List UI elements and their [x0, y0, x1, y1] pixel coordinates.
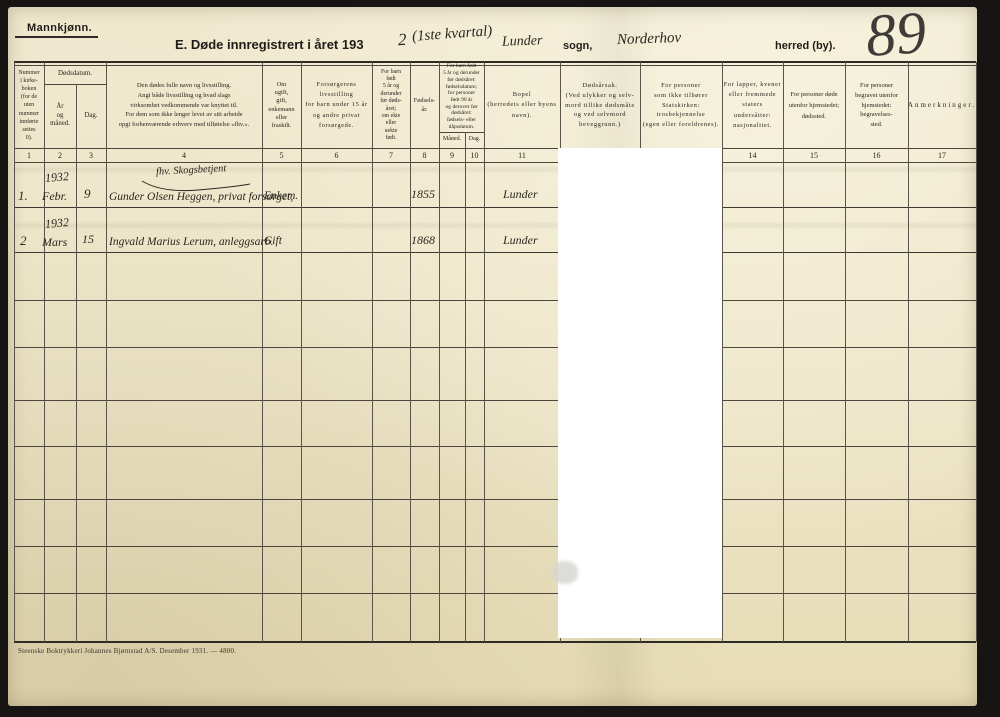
header-col5-sivilstand: Om ugift, gift, enkemann eller fraskilt. — [263, 64, 300, 147]
row1-month: Febr. — [42, 189, 67, 204]
herred-value-handwritten: Norderhov — [617, 30, 682, 49]
table-bottom-rule — [14, 641, 976, 643]
colnum-8: 8 — [410, 151, 439, 160]
header-col7-barn-ekte: For barn født 5 år og derunder før døds-… — [373, 64, 409, 147]
header-col14-nasjonalitet: For lapper, kvener eller fremmede stater… — [723, 64, 782, 147]
table-top-rule — [14, 61, 976, 63]
scan-frame-top — [0, 0, 1000, 7]
colnum-9: 9 — [439, 151, 465, 160]
grid-line — [301, 62, 302, 642]
header-col11-bopel: Bopel (herredets eller byens navn). — [485, 64, 559, 147]
header-birth-date-group: For barn født 5 år og derunder før dødså… — [440, 63, 483, 131]
row-line — [14, 446, 976, 447]
grid-line — [14, 62, 15, 642]
row-line — [14, 499, 976, 500]
redaction-overlay — [558, 148, 722, 638]
header-col16-begravelsessted: For personer begravet utenfor hjemstedet… — [846, 64, 907, 147]
header-col12-dodsarsak: Dødsårsak. (Ved ulykker og selv- mord ti… — [561, 64, 639, 147]
header-col4-navn-livsstilling: Den dødes fulle navn og livsstilling. An… — [107, 64, 261, 147]
grid-line — [410, 62, 411, 642]
grid-line — [262, 62, 263, 642]
row2-marital-status: Gift — [264, 235, 282, 247]
scan-blot — [552, 561, 578, 584]
scan-smudge — [14, 223, 976, 228]
title-year-handwritten: 2 — [397, 30, 407, 50]
gender-label-underline — [15, 36, 98, 38]
row-line — [14, 300, 976, 301]
grid-line — [783, 62, 784, 642]
row1-residence: Lunder — [503, 187, 538, 202]
grid-line — [845, 62, 846, 642]
row2-year: 1932 — [44, 215, 69, 232]
colnum-3: 3 — [76, 151, 106, 160]
row2-month: Mars — [42, 235, 67, 250]
grid-line — [372, 62, 373, 642]
colnum-11: 11 — [484, 151, 560, 160]
row2-day: 15 — [82, 232, 94, 247]
colnum-2: 2 — [44, 151, 76, 160]
scan-frame-right — [977, 0, 1000, 717]
colnum-1: 1 — [14, 151, 44, 160]
header-dodsdatum-group: Dødsdatum. — [45, 64, 105, 83]
grid-line — [465, 132, 466, 642]
row2-number: 2 — [20, 233, 27, 249]
grid-line — [908, 62, 909, 642]
colnum-4: 4 — [106, 151, 262, 160]
scanned-register-page: Mannkjønn. E. Døde innregistrert i året … — [0, 0, 1000, 717]
scan-frame-bottom — [0, 706, 1000, 717]
grid-line — [439, 62, 440, 642]
scan-frame-left — [0, 0, 8, 717]
row-line — [14, 400, 976, 401]
colnum-17: 17 — [908, 151, 976, 160]
colnum-5: 5 — [262, 151, 301, 160]
row2-birth-year: 1868 — [411, 233, 435, 248]
colnum-15: 15 — [783, 151, 845, 160]
row2-residence: Lunder — [503, 233, 538, 248]
sogn-label: sogn, — [563, 40, 592, 52]
row1-marital-status: Enkem. — [264, 190, 298, 202]
grid-line — [722, 62, 723, 642]
grid-line — [14, 148, 976, 149]
row-line — [14, 347, 976, 348]
row-line — [14, 252, 976, 253]
colnum-14: 14 — [722, 151, 783, 160]
row1-number: 1. — [18, 188, 28, 204]
gender-label: Mannkjønn. — [27, 22, 92, 34]
header-col1-kirkebok-nummer: Nummer i kirke- boken (for de uten numme… — [15, 64, 43, 147]
grid-line — [484, 62, 485, 642]
row1-birth-year: 1855 — [411, 187, 435, 202]
grid-line — [44, 62, 45, 642]
page-title: E. Døde innregistrert i året 193 — [175, 37, 364, 52]
header-col3-dag: Dag. — [77, 85, 105, 147]
header-col8-fodselsar: Fødsels- år. — [411, 64, 438, 147]
header-col10-dag: Dag. — [466, 132, 483, 147]
herred-label: herred (by). — [775, 40, 836, 52]
grid-line — [14, 162, 976, 163]
sogn-value-handwritten: Lunder — [502, 33, 543, 50]
colnum-16: 16 — [845, 151, 908, 160]
header-col2-ar-maned: År og måned. — [45, 85, 75, 147]
colnum-6: 6 — [301, 151, 372, 160]
header-col15-dodssted: For personer døde utenfor hjemstedet; dø… — [784, 64, 844, 147]
grid-line — [106, 62, 107, 642]
row2-name: Ingvald Marius Lerum, anleggsarb. — [109, 236, 274, 248]
row1-year: 1932 — [44, 169, 69, 186]
header-col9-maned: Måned. — [440, 132, 464, 147]
colnum-10: 10 — [465, 151, 484, 160]
occupation-note-brace — [138, 178, 254, 192]
row1-day: 9 — [84, 186, 91, 202]
row-line — [14, 546, 976, 547]
printer-imprint: Steenske Boktrykkeri Johannes Bjørnstad … — [18, 647, 236, 655]
colnum-7: 7 — [372, 151, 410, 160]
header-col13-trosbekjennelse: For personer som ikke tilhører Statskirk… — [641, 64, 721, 147]
header-col17-anmerkninger: Anmerkninger. — [909, 64, 975, 147]
row-line — [14, 207, 976, 208]
row-line — [14, 593, 976, 594]
header-col6-forsorgerens: Forsørgerens livsstilling for barn under… — [302, 64, 371, 147]
